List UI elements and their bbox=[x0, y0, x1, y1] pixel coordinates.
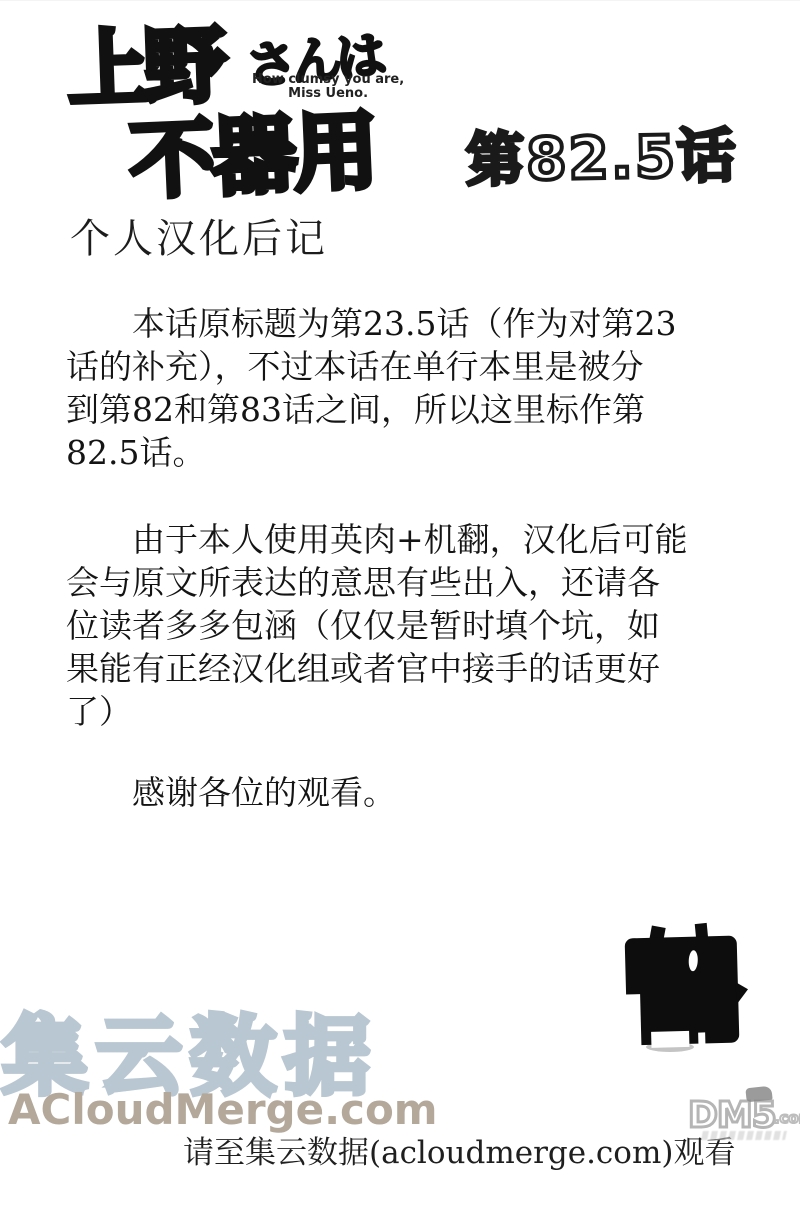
paragraph2-line5: 了） bbox=[66, 690, 746, 733]
paragraph2-line2: 会与原文所表达的意思有些出入，还请各 bbox=[66, 561, 746, 604]
footer-note: 请至集云数据(acloudmerge.com)观看 bbox=[183, 1127, 735, 1172]
afterword-paragraph-1: 本话原标题为第23.5话（作为对第23 话的补充），不过本话在单行本里是被分 到… bbox=[66, 302, 746, 474]
paragraph1-line4: 82.5话。 bbox=[66, 431, 746, 474]
afterword-closing: 感谢各位的观看。 bbox=[66, 771, 746, 814]
closing-line: 感谢各位的观看。 bbox=[66, 771, 746, 814]
dm5-logo-figure-icon bbox=[745, 1086, 772, 1103]
series-logo-row2: 不器用 bbox=[127, 84, 378, 216]
dm5-logo: DM5.com bbox=[688, 1095, 800, 1136]
paragraph1-line3: 到第82和第83话之间，所以这里标作第 bbox=[66, 388, 746, 431]
manga-afterword-page: 上野 さんは How clumsy you are, Miss Ueno. 不器… bbox=[0, 0, 800, 1211]
paragraph1-line2: 话的补充），不过本话在单行本里是被分 bbox=[66, 345, 746, 388]
dm5-logo-subtext-blur bbox=[701, 1131, 787, 1140]
paragraph2-line4: 果能有正经汉化组或者官中接手的话更好 bbox=[66, 647, 746, 690]
paragraph1-line1: 本话原标题为第23.5话（作为对第23 bbox=[66, 302, 746, 345]
paragraph2-line1: 由于本人使用英肉+机翻，汉化后可能 bbox=[66, 518, 746, 561]
mascot-illustration bbox=[618, 915, 750, 1059]
chapter-number-label: 第82.5话 bbox=[465, 109, 738, 198]
afterword-paragraph-2: 由于本人使用英肉+机翻，汉化后可能 会与原文所表达的意思有些出入，还请各 位读者… bbox=[66, 518, 746, 733]
dm5-logo-tld: .com bbox=[774, 1109, 800, 1127]
afterword-heading: 个人汉化后记 bbox=[70, 207, 328, 264]
dm5-logo-text: DM5 bbox=[688, 1095, 776, 1136]
mascot-body bbox=[625, 936, 740, 1046]
paragraph2-line3: 位读者多多包涵（仅仅是暂时填个坑，如 bbox=[66, 604, 746, 647]
